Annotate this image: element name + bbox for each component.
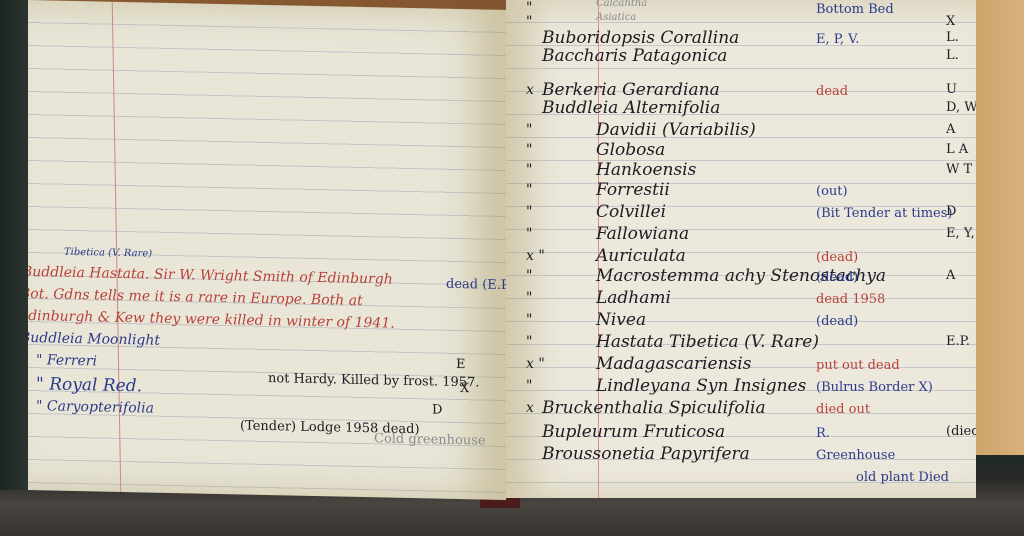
entry-note: (out)	[816, 184, 848, 199]
entry-note: E, P, V.	[816, 32, 859, 47]
entry-prefix: "	[526, 290, 532, 306]
entry-prefix: "	[526, 142, 532, 158]
plant-name: Auriculata	[596, 246, 686, 266]
hastata-line1: Buddleia Hastata. Sir W. Wright Smith of…	[28, 264, 393, 288]
entry-mark: D	[946, 204, 956, 219]
entry-mark: L A	[946, 142, 968, 157]
dead-ep-note: dead (E.P.)	[446, 277, 506, 293]
entry-mark: D, W	[946, 100, 976, 115]
footer-note: old plant Died	[856, 470, 949, 485]
entry-note: R.	[816, 426, 830, 441]
entry-mark: X	[946, 14, 955, 29]
entry-mark: L.	[946, 48, 959, 63]
entry-note: (dead)	[816, 270, 858, 285]
plant-name: Davidii (Variabilis)	[596, 120, 756, 140]
entry-prefix: "	[526, 378, 532, 394]
entry-prefix: "	[526, 312, 532, 328]
entry-mark: E, Y,	[946, 226, 975, 241]
entry-prefix: x "	[526, 356, 545, 372]
entry-mark: E.P.	[946, 334, 970, 349]
entry-prefix: "	[526, 268, 532, 284]
plant-name: Hankoensis	[596, 160, 696, 180]
entry-prefix: "	[526, 334, 532, 350]
plant-name: Colvillei	[596, 202, 666, 222]
entry-mark: A	[946, 268, 955, 283]
mark-d: D	[432, 402, 442, 417]
entry-prefix: "	[526, 162, 532, 178]
entry-mark: U	[946, 82, 957, 97]
entry-note: dead 1958	[816, 292, 885, 307]
plant-name: Asiatica	[596, 12, 636, 23]
entry-note: put out dead	[816, 358, 900, 373]
hastata-line3: Edinburgh & Kew they were killed in wint…	[28, 308, 395, 332]
plant-name: Globosa	[596, 140, 665, 160]
entry-prefix: "	[526, 204, 532, 220]
entry-prefix: "	[526, 14, 532, 30]
entry-prefix: "	[526, 122, 532, 138]
entry-note: dead	[816, 84, 848, 99]
plant-name: Ladhami	[596, 288, 671, 308]
entry-prefix: x	[526, 400, 534, 416]
plant-name: Fallowiana	[596, 224, 689, 244]
entry-note: (dead)	[816, 250, 858, 265]
entry-note: (Bulrus Border X)	[816, 380, 933, 395]
ferreri-entry: " Ferreri	[36, 352, 97, 369]
entry-note: (dead)	[816, 314, 858, 329]
page-edge	[0, 0, 30, 490]
entry-prefix: x	[526, 82, 534, 98]
entry-prefix: "	[526, 182, 532, 198]
plant-name: Hastata Tibetica (V. Rare)	[596, 332, 819, 352]
plant-name: Baccharis Patagonica	[542, 46, 727, 66]
cold-greenhouse-note: Cold greenhouse	[374, 431, 486, 448]
entry-prefix: x "	[526, 248, 545, 264]
right-page: "CalcanthaBottom Bed"AsiaticaXBuboridops…	[506, 0, 976, 498]
plant-name: Bupleurum Fruticosa	[542, 422, 725, 442]
plant-name: Bruckenthalia Spiculifolia	[542, 398, 766, 418]
entry-note: Greenhouse	[816, 448, 895, 463]
plant-name: Broussonetia Papyrifera	[542, 444, 750, 464]
plant-name: Forrestii	[596, 180, 670, 200]
plant-name: Buddleia Alternifolia	[542, 98, 720, 118]
royal-red-entry: " Royal Red.	[36, 374, 142, 396]
entry-prefix: "	[526, 226, 532, 242]
caryopterifolia-entry: " Caryopterifolia	[36, 398, 154, 416]
entry-mark: (died outside)	[946, 424, 976, 439]
mark-x: X	[460, 381, 469, 396]
tibetica-insert: Tibetica (V. Rare)	[64, 247, 152, 260]
entry-mark: A	[946, 122, 955, 137]
hastata-line2: Bot. Gdns tells me it is a rare in Europ…	[28, 286, 363, 309]
plant-name: Nivea	[596, 310, 646, 330]
entry-note: Bottom Bed	[816, 2, 894, 17]
entry-note: (Bit Tender at times)	[816, 206, 952, 221]
entry-mark: W T	[946, 162, 972, 177]
plant-name: Madagascariensis	[596, 354, 751, 374]
entry-note: died out	[816, 402, 870, 417]
plant-name: Berkeria Gerardiana	[542, 80, 720, 100]
mark-e: E	[456, 357, 466, 372]
moonlight-entry: Buddleia Moonlight	[28, 330, 160, 349]
entry-mark: L.	[946, 30, 959, 45]
left-page: Tibetica (V. Rare) Buddleia Hastata. Sir…	[28, 0, 506, 500]
plant-name: Buboridopsis Corallina	[542, 28, 739, 48]
plant-name: Lindleyana Syn Insignes	[596, 376, 806, 396]
not-hardy-note: not Hardy. Killed by frost. 1957.	[268, 371, 479, 390]
plant-name: Calcantha	[596, 0, 647, 9]
